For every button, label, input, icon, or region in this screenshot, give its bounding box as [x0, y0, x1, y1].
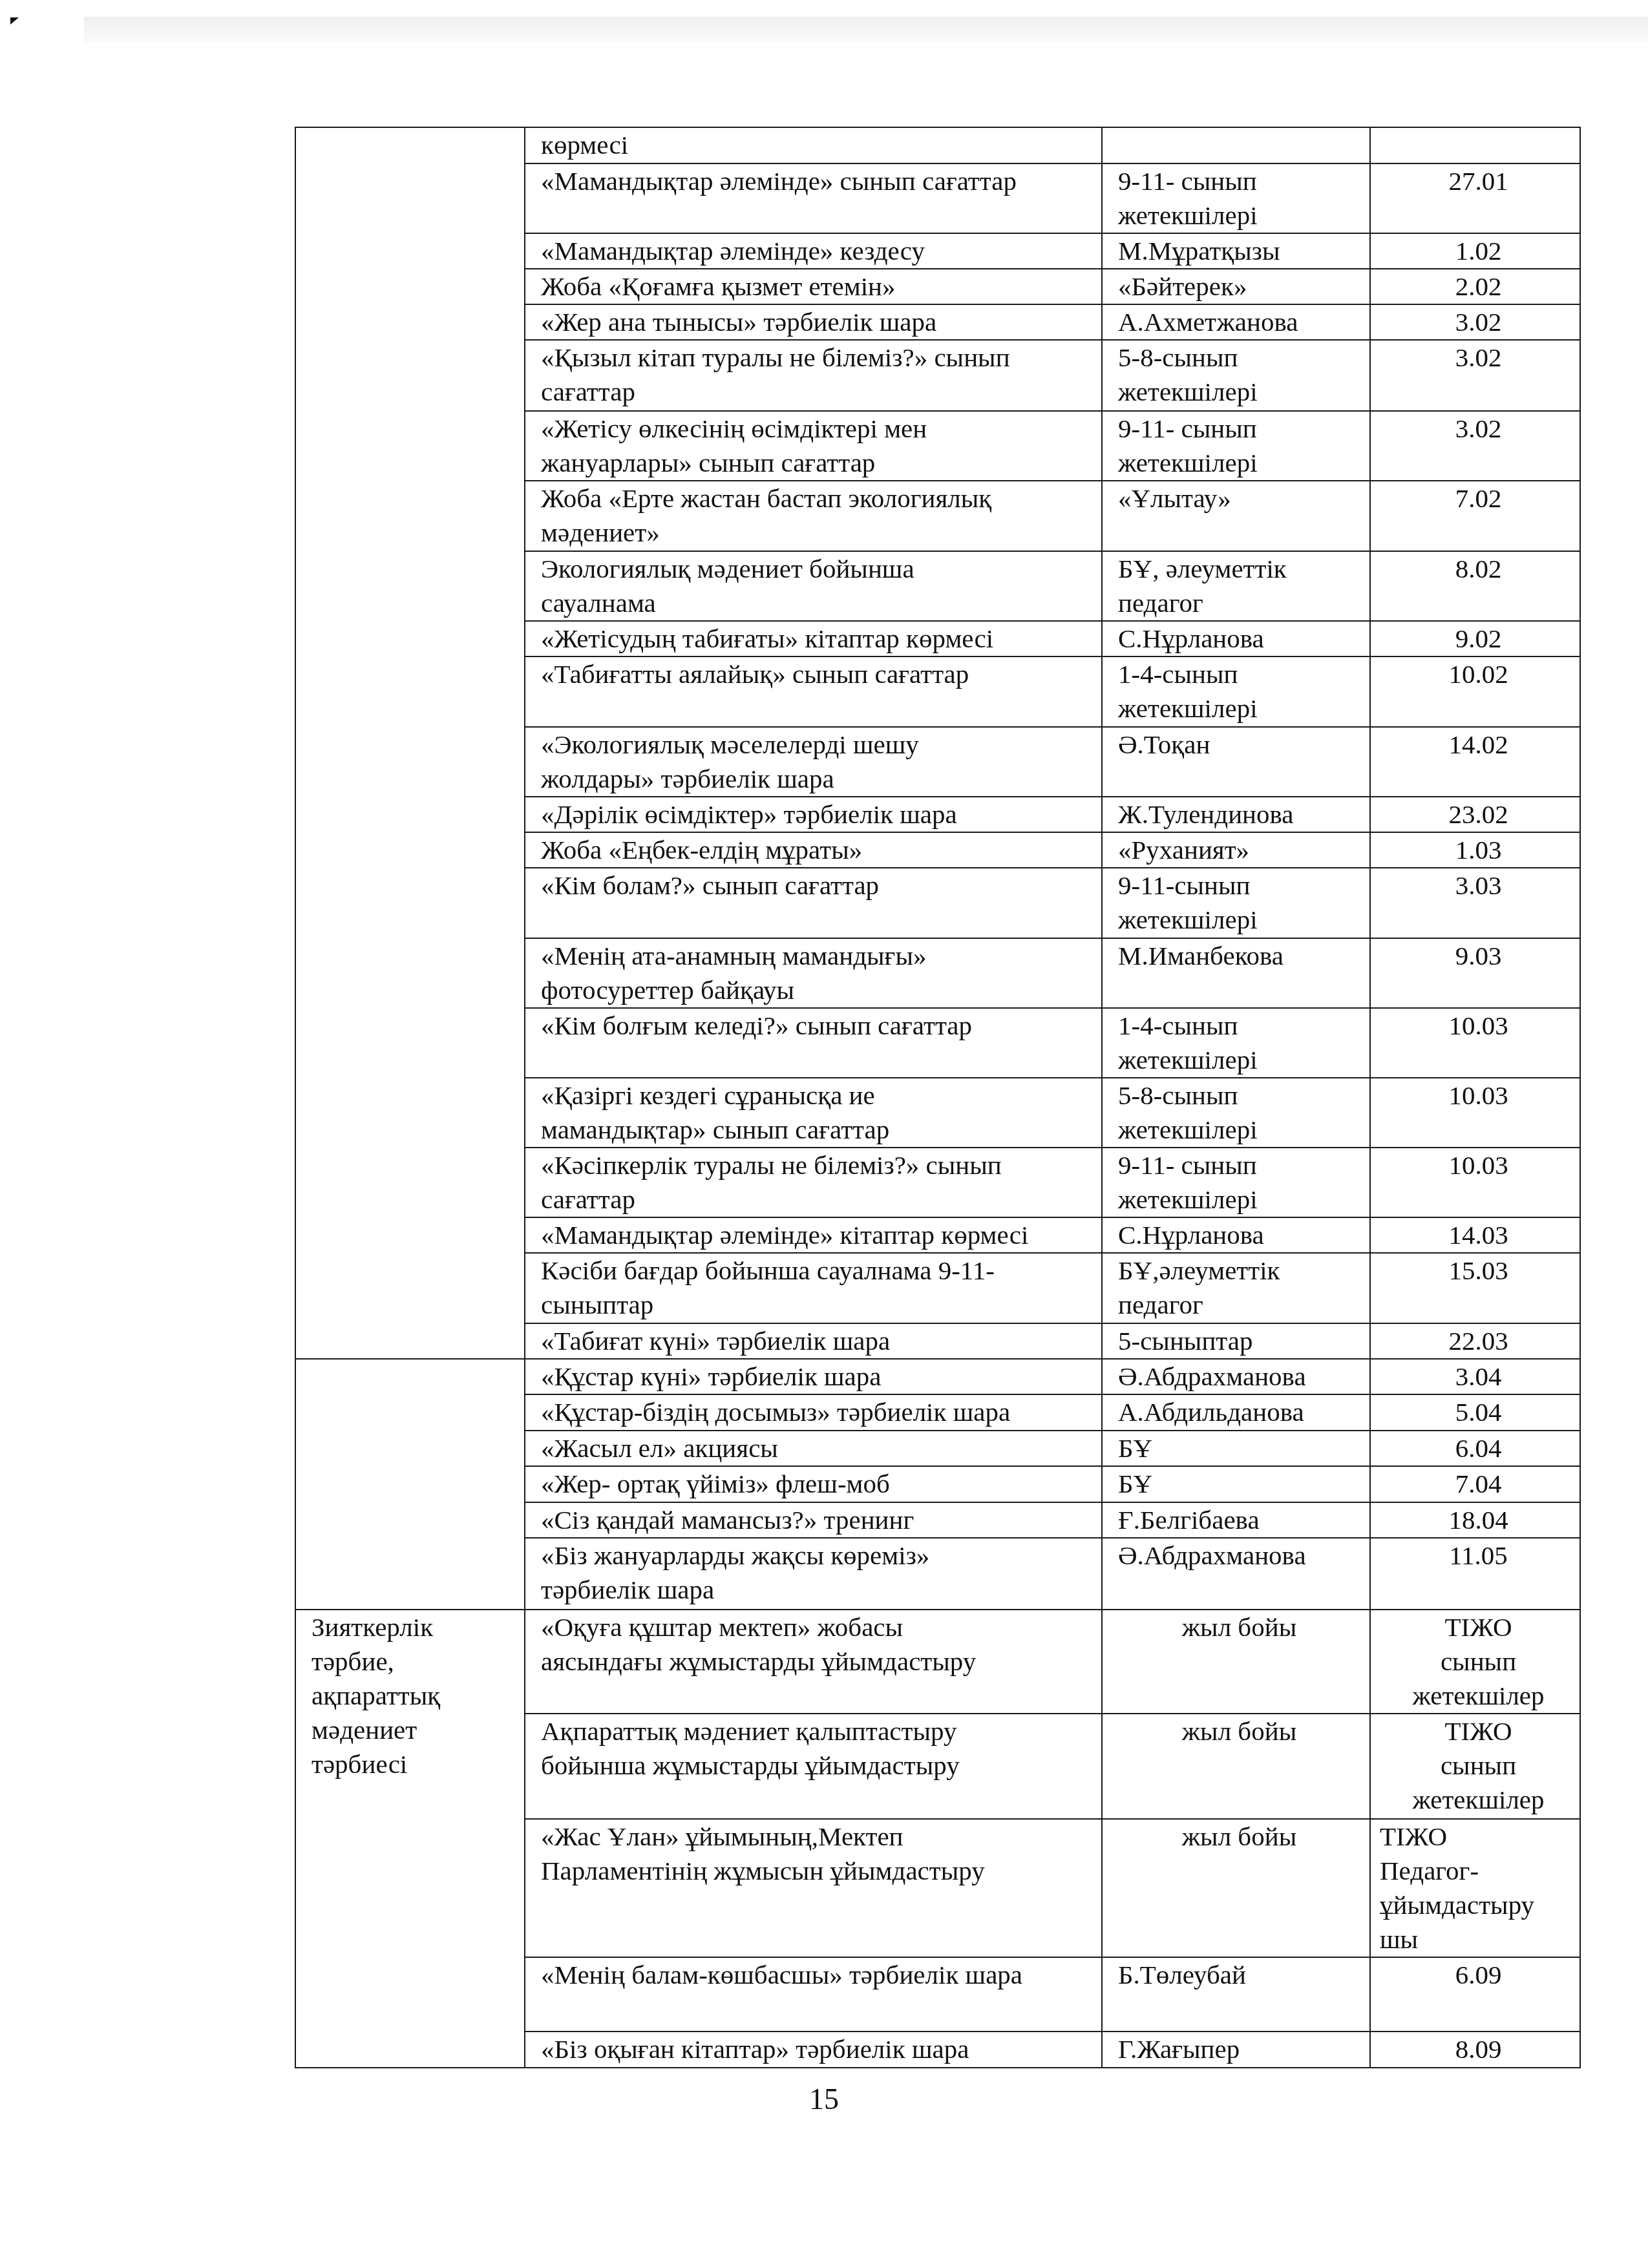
- responsible-cell: 9-11- сынып жетекшілері: [1102, 163, 1370, 233]
- date-cell: 15.03: [1370, 1253, 1580, 1323]
- table-row: «Құстар күні» тәрбиелік шараӘ.Абдрахмано…: [295, 1359, 1580, 1394]
- responsible-cell: Ғ.Белгібаева: [1102, 1502, 1370, 1538]
- responsible-cell: Г.Жағыпер: [1102, 2032, 1370, 2068]
- responsible-cell: 9-11- сынып жетекшілері: [1102, 1148, 1370, 1217]
- activity-plan-body: көрмесі «Мамандықтар әлемінде» сынып сағ…: [295, 127, 1580, 2068]
- responsible-cell: С.Нұрланова: [1102, 1217, 1370, 1253]
- event-cell: «Табиғат күні» тәрбиелік шара: [525, 1323, 1102, 1359]
- event-cell: «Қазіргі кездегі сұранысқа ие мамандықта…: [525, 1078, 1102, 1148]
- date-cell: 8.09: [1370, 2032, 1580, 2068]
- event-cell: «Жасыл ел» акциясы: [525, 1431, 1102, 1466]
- date-cell: 18.04: [1370, 1502, 1580, 1538]
- event-cell: «Кім болам?» сынып сағаттар: [525, 868, 1102, 938]
- date-cell: 27.01: [1370, 163, 1580, 233]
- date-cell: [1370, 127, 1580, 163]
- event-cell: «Дәрілік өсімдіктер» тәрбиелік шара: [525, 797, 1102, 832]
- date-cell: 10.03: [1370, 1148, 1580, 1217]
- date-cell: 9.03: [1370, 938, 1580, 1008]
- date-cell: 3.02: [1370, 340, 1580, 411]
- responsible-cell: Ә.Абдрахманова: [1102, 1538, 1370, 1610]
- responsible-cell: Ж.Тулендинова: [1102, 797, 1370, 832]
- event-cell: Жоба «Қоғамға қызмет етемін»: [525, 269, 1102, 304]
- date-cell: 6.04: [1370, 1431, 1580, 1466]
- scan-corner-mark: [10, 17, 19, 25]
- table-row: көрмесі: [295, 127, 1580, 163]
- date-cell: 22.03: [1370, 1323, 1580, 1359]
- event-cell: «Жас Ұлан» ұйымының,Мектеп Парламентінің…: [525, 1819, 1102, 1957]
- activity-plan-table: көрмесі «Мамандықтар әлемінде» сынып сағ…: [295, 127, 1581, 2068]
- responsible-cell: 5-8-сынып жетекшілері: [1102, 340, 1370, 411]
- responsible-cell: «Ұлытау»: [1102, 481, 1370, 551]
- date-cell: 1.02: [1370, 233, 1580, 269]
- date-cell: 3.02: [1370, 304, 1580, 340]
- event-cell: «Жер- ортақ үйіміз» флеш-моб: [525, 1466, 1102, 1502]
- event-cell: «Жер ана тынысы» тәрбиелік шара: [525, 304, 1102, 340]
- category-cell: [295, 127, 525, 1359]
- event-cell: Кәсіби бағдар бойынша сауалнама 9-11- сы…: [525, 1253, 1102, 1323]
- event-cell: «Жетісу өлкесінің өсімдіктері мен жануар…: [525, 411, 1102, 481]
- event-cell: «Жетісудың табиғаты» кітаптар көрмесі: [525, 621, 1102, 656]
- responsible-cell: С.Нұрланова: [1102, 621, 1370, 656]
- date-cell: 7.02: [1370, 481, 1580, 551]
- event-cell: «Оқуға құштар мектеп» жобасы аясындағы ж…: [525, 1610, 1102, 1714]
- event-cell: «Сіз қандай мамансыз?» тренинг: [525, 1502, 1102, 1538]
- responsible-cell: Ә.Тоқан: [1102, 727, 1370, 797]
- date-cell: 6.09: [1370, 1957, 1580, 2032]
- responsible-cell: 1-4-сынып жетекшілері: [1102, 1008, 1370, 1078]
- event-cell: Жоба «Ерте жастан бастап экологиялық мәд…: [525, 481, 1102, 551]
- category-cell: [295, 1359, 525, 1610]
- responsible-cell: 5-8-сынып жетекшілері: [1102, 1078, 1370, 1148]
- responsible-cell: БҰ,әлеуметтік педагог: [1102, 1253, 1370, 1323]
- event-cell: «Экологиялық мәселелерді шешу жолдары» т…: [525, 727, 1102, 797]
- event-cell: Жоба «Еңбек-елдің мұраты»: [525, 832, 1102, 868]
- responsible-cell: [1102, 127, 1370, 163]
- responsible-cell: жыл бойы: [1102, 1610, 1370, 1714]
- event-cell: «Мамандықтар әлемінде» кездесу: [525, 233, 1102, 269]
- date-cell: 7.04: [1370, 1466, 1580, 1502]
- date-cell: 10.02: [1370, 656, 1580, 727]
- event-cell: «Табиғатты аялайық» сынып сағаттар: [525, 656, 1102, 727]
- date-cell: 11.05: [1370, 1538, 1580, 1610]
- scan-shadow: [84, 17, 1648, 43]
- date-cell: 9.02: [1370, 621, 1580, 656]
- event-cell: «Қызыл кітап туралы не білеміз?» сынып с…: [525, 340, 1102, 411]
- responsible-cell: жыл бойы: [1102, 1714, 1370, 1819]
- responsible-cell: Ә.Абдрахманова: [1102, 1359, 1370, 1394]
- responsible-cell: БҰ, әлеуметтік педагог: [1102, 551, 1370, 621]
- responsible-cell: Б.Төлеубай: [1102, 1957, 1370, 2032]
- date-cell: 14.03: [1370, 1217, 1580, 1253]
- event-cell: Экологиялық мәдениет бойынша сауалнама: [525, 551, 1102, 621]
- date-cell: ТІЖО сынып жетекшілер: [1370, 1714, 1580, 1819]
- responsible-cell: БҰ: [1102, 1466, 1370, 1502]
- event-cell: «Құстар-біздің досымыз» тәрбиелік шара: [525, 1394, 1102, 1431]
- responsible-cell: А.Абдильданова: [1102, 1394, 1370, 1431]
- date-cell: 14.02: [1370, 727, 1580, 797]
- responsible-cell: 9-11- сынып жетекшілері: [1102, 411, 1370, 481]
- event-cell: «Кәсіпкерлік туралы не білеміз?» сынып с…: [525, 1148, 1102, 1217]
- page-number: 15: [0, 2082, 1648, 2116]
- date-cell: ТІЖО сынып жетекшілер: [1370, 1610, 1580, 1714]
- responsible-cell: М.Иманбекова: [1102, 938, 1370, 1008]
- event-cell: «Құстар күні» тәрбиелік шара: [525, 1359, 1102, 1394]
- date-cell: 10.03: [1370, 1078, 1580, 1148]
- responsible-cell: «Бәйтерек»: [1102, 269, 1370, 304]
- date-cell: 10.03: [1370, 1008, 1580, 1078]
- responsible-cell: 9-11-сынып жетекшілері: [1102, 868, 1370, 938]
- table-row: Зияткерлік тәрбие, ақпараттық мәдениет т…: [295, 1610, 1580, 1714]
- responsible-cell: жыл бойы: [1102, 1819, 1370, 1957]
- date-cell: 3.04: [1370, 1359, 1580, 1394]
- date-cell: 3.03: [1370, 868, 1580, 938]
- responsible-cell: «Руханият»: [1102, 832, 1370, 868]
- event-cell: «Біз оқыған кітаптар» тәрбиелік шара: [525, 2032, 1102, 2068]
- responsible-cell: А.Ахметжанова: [1102, 304, 1370, 340]
- date-cell: 5.04: [1370, 1394, 1580, 1431]
- event-cell: «Мамандықтар әлемінде» сынып сағаттар: [525, 163, 1102, 233]
- event-cell: «Біз жануарларды жақсы көреміз» тәрбиелі…: [525, 1538, 1102, 1610]
- responsible-cell: 1-4-сынып жетекшілері: [1102, 656, 1370, 727]
- date-cell: 23.02: [1370, 797, 1580, 832]
- date-cell: 1.03: [1370, 832, 1580, 868]
- date-cell: 8.02: [1370, 551, 1580, 621]
- date-cell: ТІЖО Педагог- ұйымдастыру шы: [1370, 1819, 1580, 1957]
- responsible-cell: М.Мұратқызы: [1102, 233, 1370, 269]
- date-cell: 3.02: [1370, 411, 1580, 481]
- event-cell: «Кім болғым келеді?» сынып сағаттар: [525, 1008, 1102, 1078]
- event-cell: «Мамандықтар әлемінде» кітаптар көрмесі: [525, 1217, 1102, 1253]
- responsible-cell: 5-сыныптар: [1102, 1323, 1370, 1359]
- date-cell: 2.02: [1370, 269, 1580, 304]
- event-cell: көрмесі: [525, 127, 1102, 163]
- responsible-cell: БҰ: [1102, 1431, 1370, 1466]
- event-cell: «Менің балам-көшбасшы» тәрбиелік шара: [525, 1957, 1102, 2032]
- event-cell: Ақпараттық мәдениет қалыптастыру бойынша…: [525, 1714, 1102, 1819]
- event-cell: «Менің ата-анамның мамандығы» фотосуретт…: [525, 938, 1102, 1008]
- category-cell: Зияткерлік тәрбие, ақпараттық мәдениет т…: [295, 1610, 525, 2068]
